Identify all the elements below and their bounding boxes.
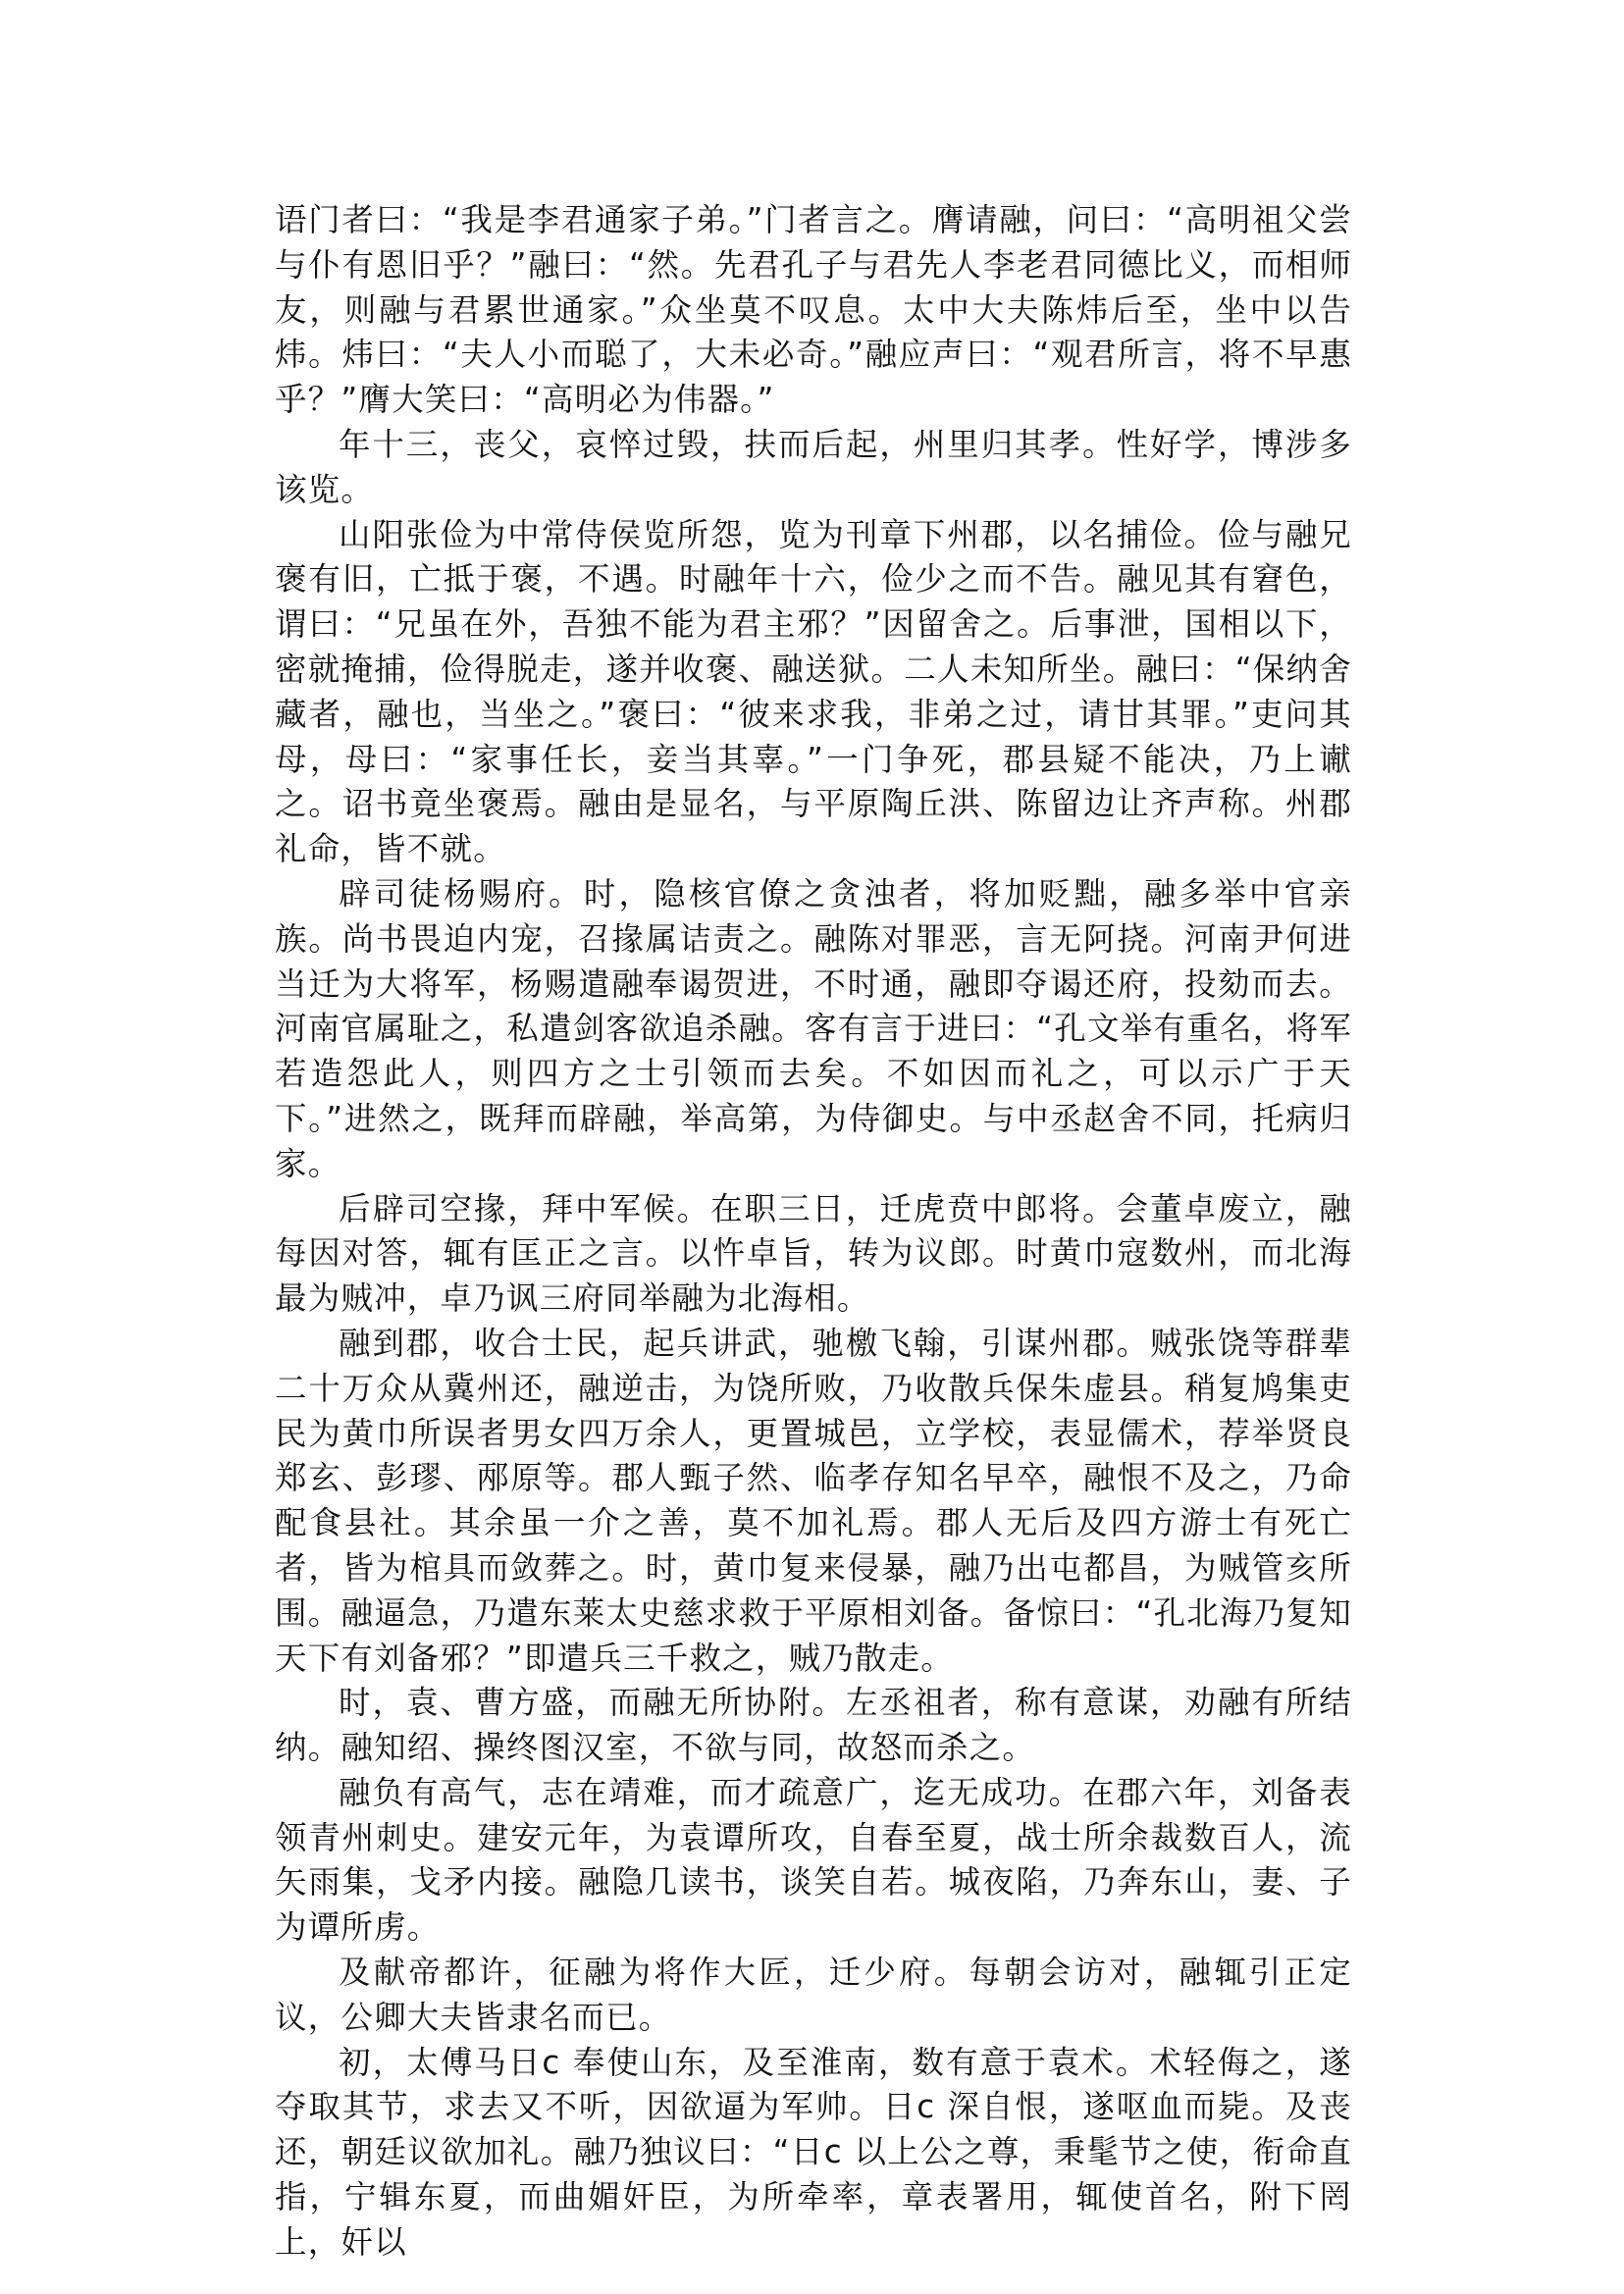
paragraph-5: 后辟司空掾，拜中军候。在职三日，迁虎贲中郎将。会董卓废立，融每因对答，辄有匡正之… <box>275 1187 1352 1322</box>
paragraph-8: 融负有高气，志在靖难，而才疏意广，迄无成功。在郡六年，刘备表领青州刺史。建安元年… <box>275 1771 1352 1951</box>
paragraph-4: 辟司徒杨赐府。时，隐核官僚之贪浊者，将加贬黜，融多举中官亲族。尚书畏迫内宠，召掾… <box>275 872 1352 1187</box>
paragraph-2: 年十三，丧父，哀悴过毁，扶而后起，州里归其孝。性好学，博涉多该览。 <box>275 423 1352 513</box>
paragraph-9: 及献帝都许，征融为将作大匠，迁少府。每朝会访对，融辄引正定议，公卿大夫皆隶名而已… <box>275 1951 1352 2041</box>
paragraph-10: 初，太傅马日c 奉使山东，及至淮南，数有意于袁术。术轻侮之，遂夺取其节，求去又不… <box>275 2041 1352 2266</box>
paragraph-7: 时，袁、曹方盛，而融无所协附。左丞祖者，称有意谋，劝融有所结纳。融知绍、操终图汉… <box>275 1681 1352 1771</box>
paragraph-3: 山阳张俭为中常侍侯览所怨，览为刊章下州郡，以名捕俭。俭与融兄褒有旧，亡抵于褒，不… <box>275 513 1352 872</box>
document-page: 语门者曰：“我是李君通家子弟。”门者言之。膺请融，问曰：“高明祖父尝与仆有恩旧乎… <box>275 198 1352 2266</box>
paragraph-6: 融到郡，收合士民，起兵讲武，驰檄飞翰，引谋州郡。贼张饶等群辈二十万众从冀州还，融… <box>275 1322 1352 1681</box>
paragraph-1: 语门者曰：“我是李君通家子弟。”门者言之。膺请融，问曰：“高明祖父尝与仆有恩旧乎… <box>275 198 1352 423</box>
